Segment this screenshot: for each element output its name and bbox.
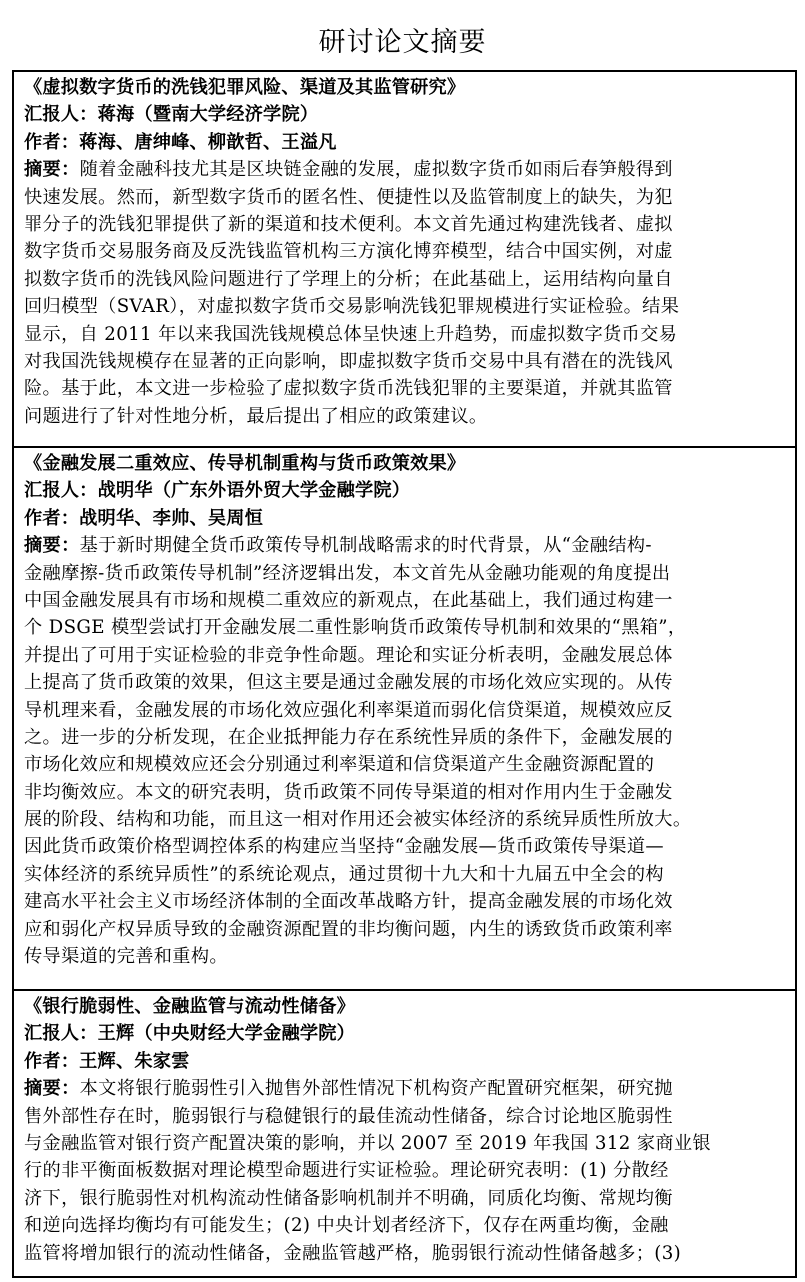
abstract-line: 展的阶段、结构和功能，而且这一相对作用还会被实体经济的系统异质性所放大。 — [24, 806, 789, 833]
abstract-line: 中国金融发展具有市场和规模二重效应的新观点，在此基础上，我们通过构建一 — [24, 587, 789, 614]
reporter-line: 汇报人：战明华（广东外语外贸大学金融学院） — [24, 477, 789, 504]
abstract-line: 建高水平社会主义市场经济体制的全面改革战略方针，提高金融发展的市场化效 — [24, 888, 789, 915]
abstract-line: 险。基于此，本文进一步检验了虚拟数字货币洗钱犯罪的主要渠道，并就其监管 — [24, 375, 789, 402]
abstract-label: 摘要： — [24, 1078, 80, 1099]
abstract-line: 罪分子的洗钱犯罪提供了新的渠道和技术便利。本文首先通过构建洗钱者、虚拟 — [24, 211, 789, 238]
abstract-line: 并提出了可用于实证检验的非竞争性命题。理论和实证分析表明，金融发展总体 — [24, 642, 789, 669]
abstract-text: 本文将银行脆弱性引入抛售外部性情况下机构资产配置研究框架，研究抛 — [80, 1078, 673, 1099]
abstract-line: 显示，自 2011 年以来我国洗钱规模总体呈快速上升趋势，而虚拟数字货币交易 — [24, 321, 789, 348]
abstract-label: 摘要： — [24, 535, 80, 556]
paper-row: 《金融发展二重效应、传导机制重构与货币政策效果》 汇报人：战明华（广东外语外贸大… — [14, 446, 795, 989]
paper-title: 《金融发展二重效应、传导机制重构与货币政策效果》 — [24, 450, 789, 477]
authors-value: 战明华、李帅、吴周恒 — [79, 508, 263, 529]
authors-line: 作者：战明华、李帅、吴周恒 — [24, 505, 789, 532]
abstract-line: 上提高了货币政策的效果，但这主要是通过金融发展的市场化效应实现的。从传 — [24, 669, 789, 696]
reporter-value: 王辉（中央财经大学金融学院） — [98, 1023, 355, 1044]
reporter-line: 汇报人：王辉（中央财经大学金融学院） — [24, 1020, 789, 1047]
abstract-line: 回归模型（SVAR），对虚拟数字货币交易影响洗钱犯罪规模进行实证检验。结果 — [24, 293, 789, 320]
abstract-line: 问题进行了针对性地分析，最后提出了相应的政策建议。 — [24, 403, 789, 430]
reporter-line: 汇报人：蒋海（暨南大学经济学院） — [24, 101, 789, 128]
abstract-line: 行的非平衡面板数据对理论模型命题进行实证检验。理论研究表明：(1) 分散经 — [24, 1157, 789, 1184]
abstract-line: 摘要：基于新时期健全货币政策传导机制战略需求的时代背景，从“金融结构- — [24, 532, 789, 559]
abstract-line: 因此货币政策价格型调控体系的构建应当坚持“金融发展—货币政策传导渠道— — [24, 833, 789, 860]
abstract-label: 摘要： — [24, 159, 80, 180]
authors-label: 作者： — [24, 1051, 79, 1072]
abstracts-table: 《虚拟数字货币的洗钱犯罪风险、渠道及其监管研究》 汇报人：蒋海（暨南大学经济学院… — [12, 70, 797, 1278]
reporter-label: 汇报人： — [24, 480, 98, 501]
abstract-line: 监管将增加银行的流动性储备，金融监管越严格，脆弱银行流动性储备越多；(3) — [24, 1240, 789, 1267]
reporter-label: 汇报人： — [24, 1023, 98, 1044]
abstract-line: 和逆向选择均衡均有可能发生；(2) 中央计划者经济下，仅存在两重均衡，金融 — [24, 1212, 789, 1239]
authors-line: 作者：蒋海、唐绅峰、柳歆哲、王溢凡 — [24, 129, 789, 156]
abstract-line: 实体经济的系统异质性”的系统论观点，通过贯彻十九大和十九届五中全会的构 — [24, 861, 789, 888]
abstract-line: 市场化效应和规模效应还会分别通过利率渠道和信贷渠道产生金融资源配置的 — [24, 751, 789, 778]
paper-row: 《虚拟数字货币的洗钱犯罪风险、渠道及其监管研究》 汇报人：蒋海（暨南大学经济学院… — [14, 72, 795, 446]
paper-title: 《虚拟数字货币的洗钱犯罪风险、渠道及其监管研究》 — [24, 74, 789, 101]
authors-label: 作者： — [24, 508, 79, 529]
authors-label: 作者： — [24, 132, 79, 153]
paper-row: 《银行脆弱性、金融监管与流动性储备》 汇报人：王辉（中央财经大学金融学院） 作者… — [14, 989, 795, 1276]
authors-value: 王辉、朱家雲 — [79, 1051, 189, 1072]
paper-title: 《银行脆弱性、金融监管与流动性储备》 — [24, 993, 789, 1020]
abstract-text: 基于新时期健全货币政策传导机制战略需求的时代背景，从“金融结构- — [80, 535, 652, 556]
abstract-line: 拟数字货币的洗钱风险问题进行了学理上的分析；在此基础上，运用结构向量自 — [24, 266, 789, 293]
authors-line: 作者：王辉、朱家雲 — [24, 1048, 789, 1075]
reporter-value: 战明华（广东外语外贸大学金融学院） — [98, 480, 411, 501]
abstract-line: 摘要：随着金融科技尤其是区块链金融的发展，虚拟数字货币如雨后春笋般得到 — [24, 156, 789, 183]
abstract-text: 随着金融科技尤其是区块链金融的发展，虚拟数字货币如雨后春笋般得到 — [80, 159, 673, 180]
page-title: 研讨论文摘要 — [0, 26, 805, 60]
reporter-value: 蒋海（暨南大学经济学院） — [98, 104, 319, 125]
abstract-line: 应和弱化产权异质导致的金融资源配置的非均衡问题，内生的诱致货币政策利率 — [24, 916, 789, 943]
abstract-line: 数字货币交易服务商及反洗钱监管机构三方演化博弈模型，结合中国实例，对虚 — [24, 238, 789, 265]
abstract-line: 售外部性存在时，脆弱银行与稳健银行的最佳流动性储备，综合讨论地区脆弱性 — [24, 1103, 789, 1130]
abstract-line: 之。进一步的分析发现，在企业抵押能力存在系统性异质的条件下，金融发展的 — [24, 724, 789, 751]
reporter-label: 汇报人： — [24, 104, 98, 125]
abstract-line: 非均衡效应。本文的研究表明，货币政策不同传导渠道的相对作用内生于金融发 — [24, 779, 789, 806]
abstract-line: 济下，银行脆弱性对机构流动性储备影响机制并不明确，同质化均衡、常规均衡 — [24, 1185, 789, 1212]
abstract-line: 对我国洗钱规模存在显著的正向影响，即虚拟数字货币交易中具有潜在的洗钱风 — [24, 348, 789, 375]
abstract-line: 摘要：本文将银行脆弱性引入抛售外部性情况下机构资产配置研究框架，研究抛 — [24, 1075, 789, 1102]
abstract-line: 导机理来看，金融发展的市场化效应强化利率渠道而弱化信贷渠道，规模效应反 — [24, 697, 789, 724]
authors-value: 蒋海、唐绅峰、柳歆哲、王溢凡 — [79, 132, 336, 153]
abstract-line: 个 DSGE 模型尝试打开金融发展二重性影响货币政策传导机制和效果的“黑箱”， — [24, 614, 789, 641]
abstract-line: 传导渠道的完善和重构。 — [24, 943, 789, 970]
abstract-line: 与金融监管对银行资产配置决策的影响，并以 2007 至 2019 年我国 312… — [24, 1130, 789, 1157]
abstract-line: 金融摩擦-货币政策传导机制”经济逻辑出发，本文首先从金融功能观的角度提出 — [24, 560, 789, 587]
abstract-line: 快速发展。然而，新型数字货币的匿名性、便捷性以及监管制度上的缺失，为犯 — [24, 184, 789, 211]
